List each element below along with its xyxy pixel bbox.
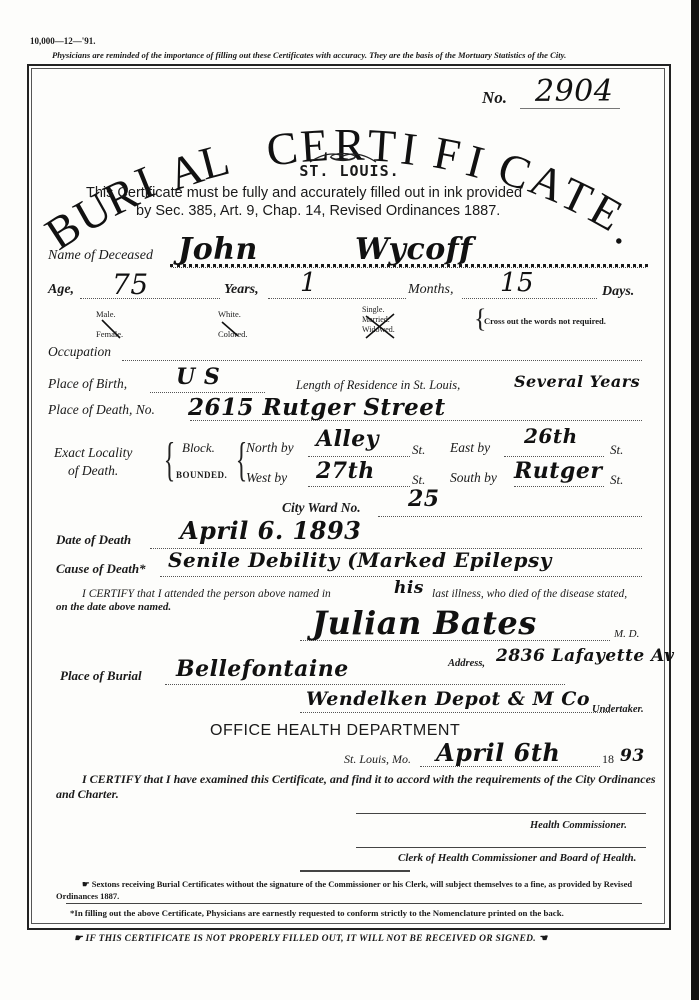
years-label: Years, bbox=[224, 282, 259, 298]
warning-notice: ☛ IF THIS CERTIFICATE IS NOT PROPERLY FI… bbox=[74, 933, 547, 944]
commissioner-signature-line[interactable] bbox=[356, 813, 646, 814]
md-label: M. D. bbox=[614, 628, 639, 640]
occupation-label: Occupation bbox=[48, 344, 111, 360]
birth-value[interactable]: U S bbox=[176, 364, 220, 390]
separator-rule bbox=[300, 870, 410, 872]
west-value[interactable]: 27th bbox=[316, 458, 375, 484]
print-code: 10,000—12—'91. bbox=[30, 36, 96, 46]
cross-out-mark-female bbox=[100, 318, 122, 340]
cross-out-note: Cross out the words not required. bbox=[484, 316, 606, 326]
locality-brace: { bbox=[164, 436, 176, 484]
undertaker-line bbox=[300, 712, 610, 713]
days-label: Days. bbox=[602, 284, 634, 300]
months-label: Months, bbox=[408, 282, 454, 298]
east-st-label: St. bbox=[610, 442, 623, 458]
certify-pronoun[interactable]: his bbox=[394, 578, 424, 598]
health-dept-heading: OFFICE HEALTH DEPARTMENT bbox=[210, 722, 460, 740]
city-heading: ST. LOUIS. bbox=[0, 162, 699, 180]
number-line bbox=[520, 108, 620, 109]
undertaker-label: Undertaker. bbox=[592, 704, 644, 715]
address-label: Address, bbox=[448, 658, 485, 669]
ward-label: City Ward No. bbox=[282, 500, 361, 516]
cause-label: Cause of Death* bbox=[56, 561, 146, 577]
east-label: East by bbox=[450, 440, 490, 456]
birth-label: Place of Birth, bbox=[48, 376, 127, 392]
ward-line bbox=[378, 516, 642, 517]
north-st-label: St. bbox=[412, 442, 425, 458]
physician-notice: Physicians are reminded of the importanc… bbox=[52, 50, 566, 60]
north-label: North by bbox=[246, 440, 294, 456]
cause-value[interactable]: Senile Debility (Marked Epilepsy bbox=[168, 548, 552, 572]
date-label: Date of Death bbox=[56, 532, 131, 548]
footer-rule bbox=[66, 903, 642, 904]
instruction-line-1: This Certificate must be fully and accur… bbox=[86, 185, 522, 201]
south-label: South by bbox=[450, 470, 497, 486]
block-label: Block. bbox=[182, 440, 215, 456]
south-line bbox=[514, 486, 604, 487]
ward-value[interactable]: 25 bbox=[408, 486, 440, 512]
health-dept-certify-text: I CERTIFY that I have examined this Cert… bbox=[56, 772, 656, 802]
certify-text-3: on the date above named. bbox=[56, 601, 171, 613]
north-value[interactable]: Alley bbox=[316, 426, 379, 452]
occupation-line[interactable] bbox=[122, 360, 642, 361]
south-value[interactable]: Rutger bbox=[514, 458, 602, 484]
death-place-value[interactable]: 2615 Rutger Street bbox=[188, 394, 446, 421]
health-dept-year-value[interactable]: 93 bbox=[620, 746, 645, 766]
instruction-line-2: by Sec. 385, Art. 9, Chap. 14, Revised O… bbox=[136, 203, 500, 219]
death-place-label: Place of Death, No. bbox=[48, 402, 155, 418]
residence-label: Length of Residence in St. Louis, bbox=[296, 378, 460, 393]
commissioner-label: Health Commissioner. bbox=[530, 820, 627, 831]
burial-value[interactable]: Bellefontaine bbox=[176, 656, 349, 682]
burial-line bbox=[165, 684, 565, 685]
health-dept-date-value[interactable]: April 6th bbox=[436, 738, 560, 767]
age-days-line bbox=[462, 298, 597, 299]
clerk-label: Clerk of Health Commissioner and Board o… bbox=[398, 852, 636, 864]
age-months-value[interactable]: 1 bbox=[300, 268, 317, 298]
age-years-line bbox=[80, 298, 220, 299]
east-line bbox=[504, 456, 604, 457]
certificate-number-label: No. bbox=[482, 88, 507, 108]
name-last-value[interactable]: Wycoff bbox=[355, 232, 473, 267]
age-years-value[interactable]: 75 bbox=[112, 268, 149, 301]
date-value[interactable]: April 6. 1893 bbox=[180, 516, 361, 545]
north-line bbox=[308, 456, 410, 457]
scan-edge-strip bbox=[691, 0, 699, 1000]
name-first-value[interactable]: John bbox=[178, 232, 258, 267]
west-label: West by bbox=[246, 470, 287, 486]
birth-line bbox=[150, 392, 265, 393]
age-days-value[interactable]: 15 bbox=[500, 268, 534, 298]
age-label: Age, bbox=[48, 282, 74, 298]
locality-label: Exact Locality of Death. bbox=[54, 444, 132, 480]
cross-out-mark-colored bbox=[220, 320, 240, 338]
burial-label: Place of Burial bbox=[60, 668, 142, 684]
address-value[interactable]: 2836 Lafayette Av bbox=[496, 646, 675, 666]
age-months-line bbox=[268, 298, 406, 299]
residence-value[interactable]: Several Years bbox=[514, 372, 640, 391]
cross-out-mark-marital bbox=[362, 312, 398, 340]
health-dept-place-label: St. Louis, Mo. bbox=[344, 752, 411, 767]
nomenclature-notice: *In filling out the above Certificate, P… bbox=[70, 908, 564, 918]
east-value[interactable]: 26th bbox=[524, 424, 578, 448]
certify-text-1: I CERTIFY that I attended the person abo… bbox=[82, 588, 331, 600]
certificate-number-value: 2904 bbox=[535, 74, 613, 109]
sextons-notice: ☛ Sextons receiving Burial Certificates … bbox=[56, 878, 656, 902]
bounded-label: BOUNDED. bbox=[176, 470, 227, 480]
name-label: Name of Deceased bbox=[48, 248, 153, 264]
undertaker-value[interactable]: Wendelken Depot & M Co bbox=[306, 688, 590, 710]
south-st-label: St. bbox=[610, 472, 623, 488]
west-line bbox=[308, 486, 410, 487]
physician-signature[interactable]: Julian Bates bbox=[312, 604, 537, 642]
cause-line bbox=[160, 576, 642, 577]
health-dept-year-prefix: 18 bbox=[602, 752, 614, 767]
certify-text-2: last illness, who died of the disease st… bbox=[432, 588, 627, 600]
clerk-signature-line[interactable] bbox=[356, 847, 646, 848]
